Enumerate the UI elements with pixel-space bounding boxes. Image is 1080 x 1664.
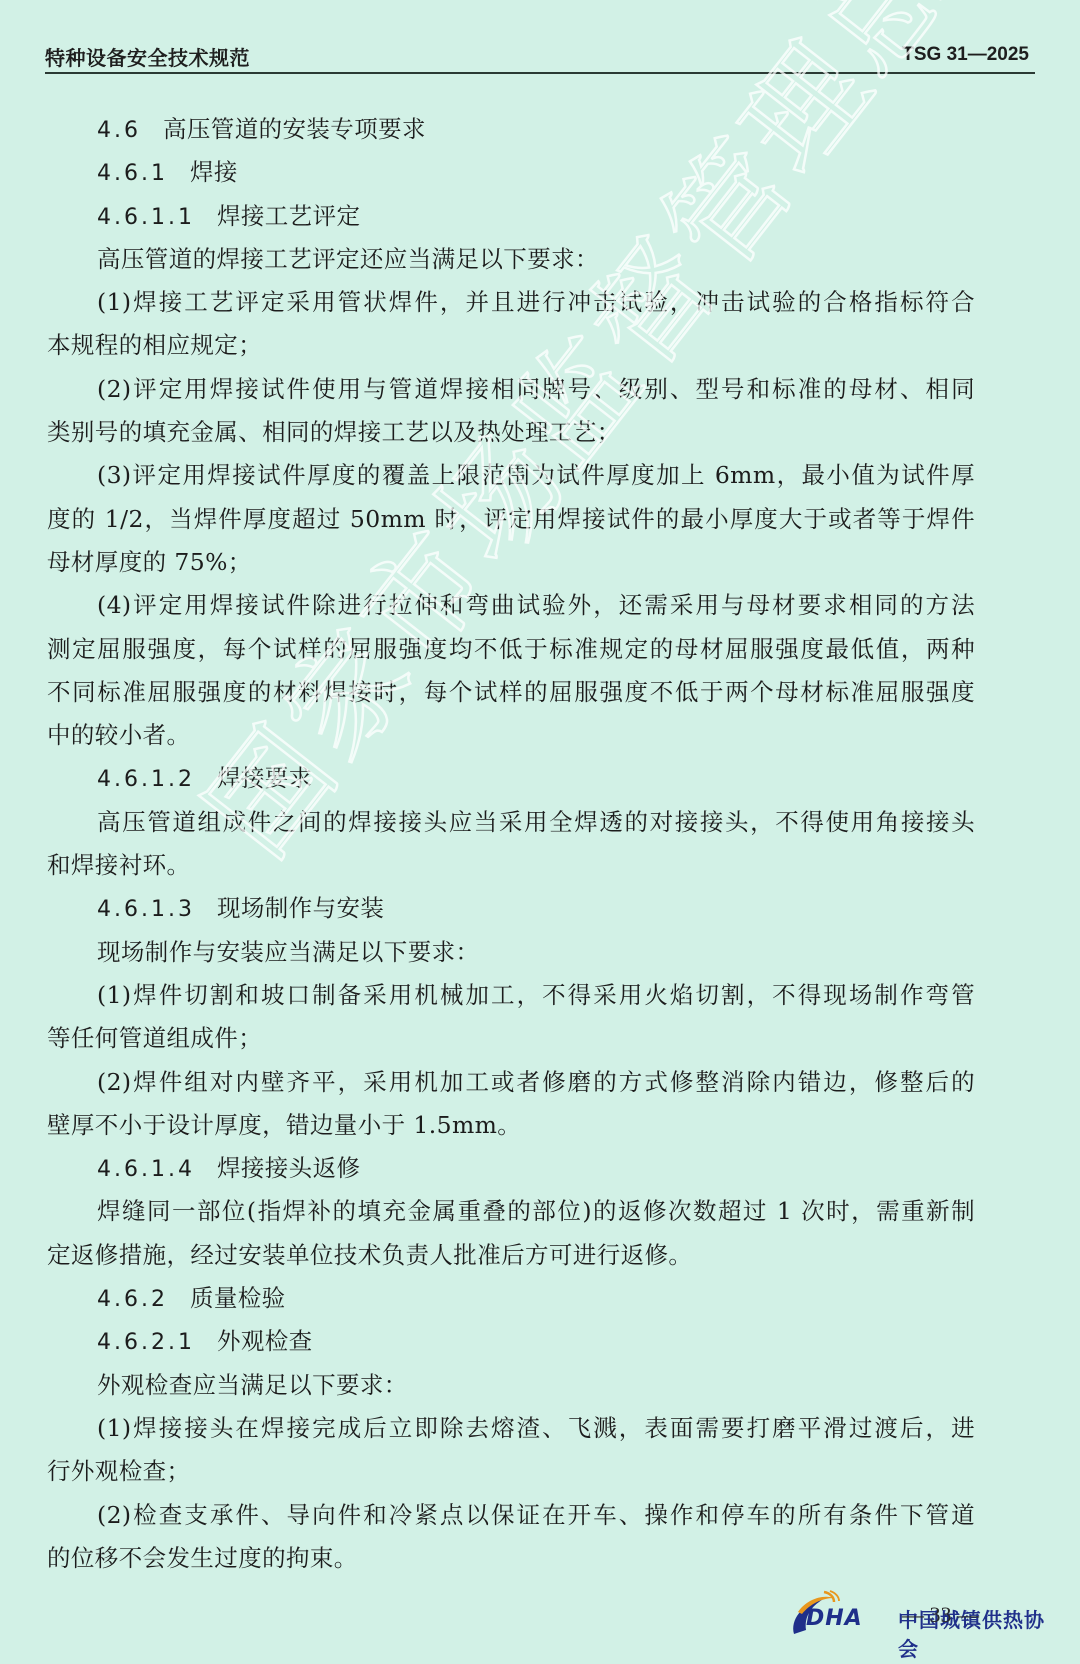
paragraph-line: (3)评定用焊接试件厚度的覆盖上限范围为试件厚度加上 6mm，最小值为试件厚: [47, 454, 975, 497]
paragraph-line: (2)焊件组对内壁齐平，采用机加工或者修磨的方式修整消除内错边，修整后的: [47, 1061, 975, 1104]
section-heading: 4.6.2.1外观检查: [47, 1320, 975, 1363]
section-title: 高压管道的安装专项要求: [141, 115, 426, 143]
section-number: 4.6: [97, 109, 141, 152]
section-number: 4.6.1.2: [97, 758, 195, 801]
paragraph-line: 中的较小者。: [47, 714, 975, 757]
paragraph-line: (2)评定用焊接试件使用与管道焊接相同牌号、级别、型号和标准的母材、相同: [47, 368, 975, 411]
section-heading: 4.6.1.2焊接要求: [47, 757, 975, 800]
paragraph-line: 的位移不会发生过度的拘束。: [47, 1537, 975, 1580]
section-title: 焊接工艺评定: [195, 202, 360, 230]
paragraph-line: 壁厚不小于设计厚度，错边量小于 1.5mm。: [47, 1104, 975, 1147]
page-number: — 33 —: [902, 1602, 979, 1628]
paragraph-line: 定返修措施，经过安装单位技术负责人批准后方可进行返修。: [47, 1234, 975, 1277]
logo-abbr: DHA: [806, 1606, 863, 1631]
paragraph-line: 测定屈服强度，每个试样的屈服强度均不低于标准规定的母材屈服强度最低值，两种: [47, 628, 975, 671]
paragraph-line: (4)评定用焊接试件除进行拉伸和弯曲试验外，还需采用与母材要求相同的方法: [47, 584, 975, 627]
section-number: 4.6.1: [97, 152, 168, 195]
paragraph-line: 外观检查应当满足以下要求：: [47, 1364, 975, 1407]
paragraph-line: (1)焊接工艺评定采用管状焊件，并且进行冲击试验，冲击试验的合格指标符合: [47, 281, 975, 324]
document-body: 4.6高压管道的安装专项要求4.6.1焊接4.6.1.1焊接工艺评定高压管道的焊…: [47, 108, 975, 1580]
section-title: 质量检验: [168, 1284, 286, 1312]
section-heading: 4.6.1焊接: [47, 151, 975, 194]
paragraph-line: (2)检查支承件、导向件和冷紧点以保证在开车、操作和停车的所有条件下管道: [47, 1494, 975, 1537]
paragraph-line: 本规程的相应规定；: [47, 324, 975, 367]
paragraph-line: 高压管道的焊接工艺评定还应当满足以下要求：: [47, 238, 975, 281]
section-number: 4.6.1.1: [97, 196, 195, 239]
paragraph-line: 不同标准屈服强度的材料焊接时，每个试样的屈服强度不低于两个母材标准屈服强度: [47, 671, 975, 714]
paragraph-line: 和焊接衬环。: [47, 844, 975, 887]
section-heading: 4.6.2质量检验: [47, 1277, 975, 1320]
section-title: 焊接: [168, 158, 238, 186]
section-heading: 4.6.1.3现场制作与安装: [47, 887, 975, 930]
page-header: 特种设备安全技术规范 TSG 31—2025: [45, 38, 1035, 74]
paragraph-line: (1)焊接接头在焊接完成后立即除去熔渣、飞溅，表面需要打磨平滑过渡后，进: [47, 1407, 975, 1450]
paragraph-line: 焊缝同一部位(指焊补的填充金属重叠的部位)的返修次数超过 1 次时，需重新制: [47, 1190, 975, 1233]
section-title: 焊接要求: [195, 764, 313, 792]
paragraph-line: 等任何管道组成件；: [47, 1017, 975, 1060]
paragraph-line: 度的 1/2，当焊件厚度超过 50mm 时，评定用焊接试件的最小厚度大于或者等于…: [47, 498, 975, 541]
section-number: 4.6.2.1: [97, 1321, 195, 1364]
paragraph-line: 类别号的填充金属、相同的焊接工艺以及热处理工艺；: [47, 411, 975, 454]
paragraph-line: (1)焊件切割和坡口制备采用机械加工，不得采用火焰切割，不得现场制作弯管: [47, 974, 975, 1017]
paragraph-line: 行外观检查；: [47, 1450, 975, 1493]
section-heading: 4.6.1.1焊接工艺评定: [47, 195, 975, 238]
paragraph-line: 高压管道组成件之间的焊接接头应当采用全焊透的对接接头，不得使用角接接头: [47, 801, 975, 844]
section-number: 4.6.2: [97, 1278, 168, 1321]
section-title: 焊接接头返修: [195, 1154, 360, 1182]
paragraph-line: 现场制作与安装应当满足以下要求：: [47, 931, 975, 974]
section-heading: 4.6高压管道的安装专项要求: [47, 108, 975, 151]
section-number: 4.6.1.3: [97, 888, 195, 931]
header-title: 特种设备安全技术规范: [45, 42, 250, 71]
section-title: 现场制作与安装: [195, 894, 384, 922]
paragraph-line: 母材厚度的 75%；: [47, 541, 975, 584]
header-standard-code: TSG 31—2025: [902, 44, 1029, 66]
section-number: 4.6.1.4: [97, 1148, 195, 1191]
section-heading: 4.6.1.4焊接接头返修: [47, 1147, 975, 1190]
section-title: 外观检查: [195, 1327, 313, 1355]
